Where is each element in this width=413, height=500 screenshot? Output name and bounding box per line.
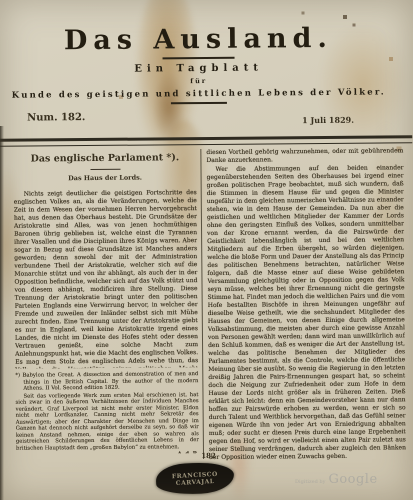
right-column: diesen Vortheil gehörig wahrzunehmen, od…	[206, 147, 406, 461]
stamp-line-2: CARVAJAL	[176, 477, 215, 486]
header-double-rule	[0, 135, 412, 147]
watermark-prefix: Digitized by	[295, 479, 325, 485]
subtitle-connector: für	[0, 75, 399, 86]
masthead: Das Ausland. Ein Tagblatt für Kunde des …	[0, 22, 399, 105]
article-heading: Das englische Parlament *).	[13, 152, 196, 165]
article-header: Das englische Parlament *). Das Haus der…	[13, 152, 196, 183]
left-column: Nichts zeigt deutlicher die geistigen Fo…	[14, 189, 199, 369]
issue-date: 1 Juli 1829.	[302, 115, 354, 125]
footnote-note: Seit das vorliegende Werk zum ersten Mal…	[15, 392, 199, 452]
article-subheading: Das Haus der Lords.	[14, 173, 197, 183]
newspaper-page: Das Ausland. Ein Tagblatt für Kunde des …	[0, 0, 413, 500]
tagline-rule	[171, 102, 227, 104]
newspaper-tagline: Kunde des geistigen und sittlichen Leben…	[0, 87, 399, 100]
column-divider	[200, 149, 204, 459]
newspaper-subtitle: Ein Tagblatt	[0, 61, 399, 75]
left-column-paragraph: Nichts zeigt deutlicher die geistigen Fo…	[14, 189, 199, 369]
watermark-brand: Google	[328, 472, 377, 487]
footnote-reference: *) Babylon the Great. A dissection and d…	[15, 371, 198, 392]
right-column-paragraph: Wer die Abstimmungen auf den beiden eina…	[206, 164, 406, 461]
newspaper-title: Das Ausland.	[0, 22, 399, 56]
google-watermark: Digitized byGoogle	[295, 468, 378, 487]
article-heading-rule	[90, 169, 120, 170]
page-content: Das Ausland. Ein Tagblatt für Kunde des …	[0, 0, 413, 500]
issue-number: Num. 182.	[27, 112, 85, 124]
right-column-paragraph: diesen Vortheil gehörig wahrzunehmen, od…	[206, 147, 403, 165]
title-rule	[163, 57, 235, 60]
footnote: *) Babylon the Great. A dissection and d…	[15, 371, 199, 455]
